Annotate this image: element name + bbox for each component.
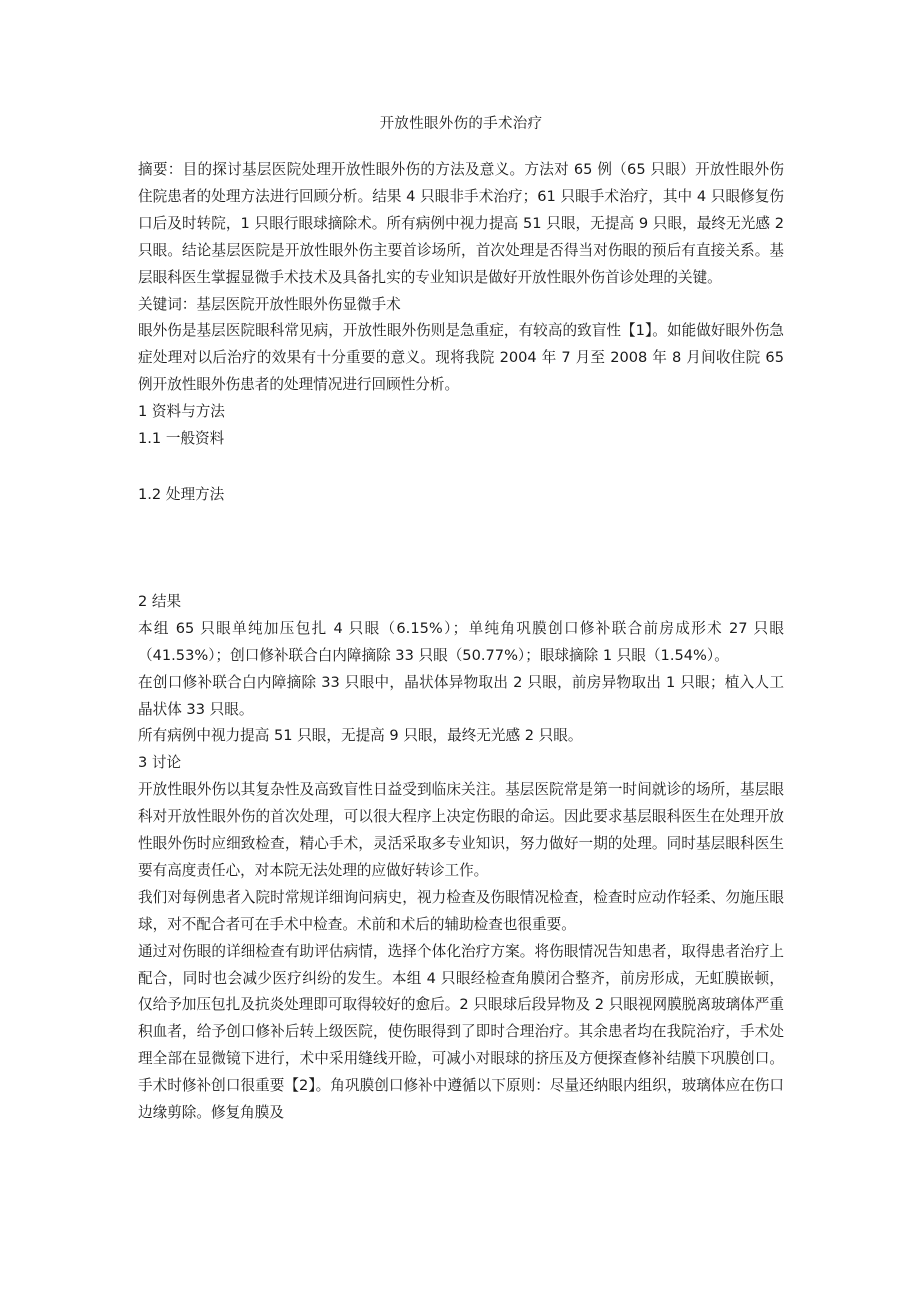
empty-space [138,509,784,589]
keywords-line: 关键词：基层医院开放性眼外伤显微手术 [138,292,784,319]
results-paragraph: 在创口修补联合白内障摘除 33 只眼中，晶状体异物取出 2 只眼，前房异物取出 … [138,670,784,724]
section-heading-general-data: 1.1 一般资料 [138,426,784,453]
results-paragraph: 本组 65 只眼单纯加压包扎 4 只眼（6.15%）；单纯角巩膜创口修补联合前房… [138,616,784,670]
section-heading-materials-methods: 1 资料与方法 [138,399,784,426]
empty-space [138,453,784,482]
discussion-paragraph: 通过对伤眼的详细检查有助评估病情，选择个体化治疗方案。将伤眼情况告知患者，取得患… [138,939,784,1127]
document-body: 摘要：目的探讨基层医院处理开放性眼外伤的方法及意义。方法对 65 例（65 只眼… [138,157,784,1127]
section-heading-results: 2 结果 [138,589,784,616]
discussion-paragraph: 我们对每例患者入院时常规详细询问病史，视力检查及伤眼情况检查，检查时应动作轻柔、… [138,885,784,939]
intro-paragraph: 眼外伤是基层医院眼科常见病，开放性眼外伤则是急重症，有较高的致盲性【1】。如能做… [138,318,784,399]
results-paragraph: 所有病例中视力提高 51 只眼，无提高 9 只眼，最终无光感 2 只眼。 [138,723,784,750]
abstract-paragraph: 摘要：目的探讨基层医院处理开放性眼外伤的方法及意义。方法对 65 例（65 只眼… [138,157,784,292]
document-title: 开放性眼外伤的手术治疗 [138,114,784,134]
section-heading-discussion: 3 讨论 [138,750,784,777]
section-heading-treatment-methods: 1.2 处理方法 [138,482,784,509]
discussion-paragraph: 开放性眼外伤以其复杂性及高致盲性日益受到临床关注。基层医院常是第一时间就诊的场所… [138,777,784,885]
